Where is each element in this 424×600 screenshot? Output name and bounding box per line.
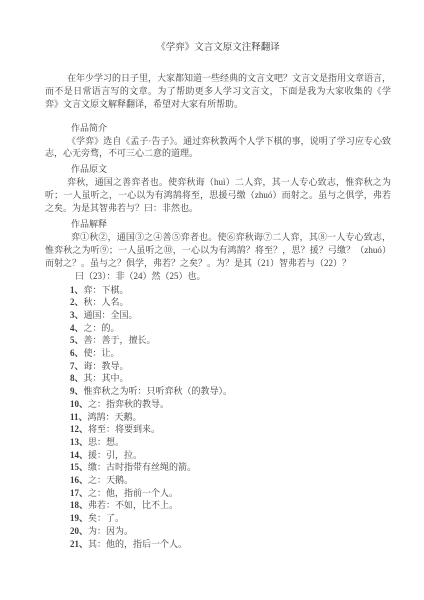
section-body-jianjie: 《学弈》选自《孟子·告子》。通过弈秋教两个人学下棋的事，说明了学习应专心致志，心…	[45, 135, 391, 161]
note-number: 19、	[70, 513, 88, 523]
note-item: 10、之：指弈秋的教导。	[70, 398, 391, 411]
note-text: 之：他，指前一个人。	[88, 488, 178, 498]
note-item: 7、诲：教导。	[70, 360, 391, 373]
note-text: 其：其中。	[84, 373, 129, 383]
note-number: 11、	[70, 412, 88, 422]
note-text: 其：他的，指后一个人。	[88, 539, 187, 549]
note-text: 思：想。	[88, 437, 124, 447]
note-item: 6、使：让。	[70, 347, 391, 360]
note-text: 弈：下棋。	[84, 285, 129, 295]
note-item: 14、援：引，拉。	[70, 449, 391, 462]
note-item: 19、矣：了。	[70, 512, 391, 525]
note-text: 弗若：不如，比不上。	[88, 500, 178, 510]
note-number: 18、	[70, 500, 88, 510]
section-heading-yuanwen: 作品原文	[45, 163, 391, 176]
note-text: 将至：将要到来。	[88, 424, 160, 434]
note-item: 18、弗若：不如，比不上。	[70, 499, 391, 512]
note-item: 2、秋：人名。	[70, 296, 391, 309]
section-heading-jianjie: 作品简介	[45, 122, 391, 135]
document-page: 《学弈》文言文原文注释翻译 在年少学习的日子里，大家都知道一些经典的文言文吧？文…	[0, 0, 424, 600]
note-number: 9、	[70, 386, 84, 396]
note-number: 8、	[70, 373, 84, 383]
note-item: 11、鸿鹄：天鹅。	[70, 411, 391, 424]
note-text: 之：的。	[84, 323, 120, 333]
note-text: 鸿鹄：天鹅。	[88, 412, 142, 422]
note-text: 之：天鹅。	[88, 475, 133, 485]
note-number: 12、	[70, 424, 88, 434]
note-text: 秋：人名。	[84, 297, 129, 307]
page-title: 《学弈》文言文原文注释翻译	[45, 42, 391, 55]
intro-paragraph: 在年少学习的日子里，大家都知道一些经典的文言文吧？文言文是指用文章语言，而不是日…	[45, 72, 391, 111]
annotated-text-tail: 曰（23）：非（24）然（25）也。	[45, 270, 391, 283]
note-text: 矣：了。	[88, 513, 124, 523]
section-body-yuanwen: 弈秋，通国之善弈者也。使弈秋诲（huì）二人弈，其一人专心致志，惟弈秋之为听；一…	[45, 176, 391, 215]
section-heading-jieshi: 作品解释	[45, 218, 391, 231]
note-number: 1、	[70, 285, 84, 295]
note-text: 惟弈秋之为听：只听弈秋（的教导）。	[84, 386, 233, 396]
note-item: 21、其：他的，指后一个人。	[70, 538, 391, 551]
note-number: 14、	[70, 450, 88, 460]
note-number: 10、	[70, 399, 88, 409]
note-item: 13、思：想。	[70, 436, 391, 449]
note-item: 20、为：因为。	[70, 525, 391, 538]
note-number: 3、	[70, 310, 84, 320]
annotated-text: 弈①秋②，通国③之④善⑤弈者也。使⑥弈秋诲⑦二人弈，其⑧一人专心致志，惟弈秋之为…	[45, 231, 391, 270]
note-text: 使：让。	[84, 348, 120, 358]
note-item: 9、惟弈秋之为听：只听弈秋（的教导）。	[70, 385, 391, 398]
note-number: 5、	[70, 335, 84, 345]
note-item: 15、缴：古时指带有丝绳的箭。	[70, 461, 391, 474]
note-number: 20、	[70, 526, 88, 536]
note-item: 5、善：善于，擅长。	[70, 334, 391, 347]
note-text: 缴：古时指带有丝绳的箭。	[88, 462, 196, 472]
note-item: 16、之：天鹅。	[70, 474, 391, 487]
note-item: 8、其：其中。	[70, 372, 391, 385]
note-item: 1、弈：下棋。	[70, 284, 391, 297]
note-number: 21、	[70, 539, 88, 549]
note-text: 诲：教导。	[84, 361, 129, 371]
note-text: 之：指弈秋的教导。	[88, 399, 169, 409]
note-number: 13、	[70, 437, 88, 447]
notes-list: 1、弈：下棋。2、秋：人名。3、通国：全国。4、之：的。5、善：善于，擅长。6、…	[45, 284, 391, 551]
note-number: 15、	[70, 462, 88, 472]
note-number: 6、	[70, 348, 84, 358]
note-text: 通国：全国。	[84, 310, 138, 320]
note-item: 3、通国：全国。	[70, 309, 391, 322]
note-item: 12、将至：将要到来。	[70, 423, 391, 436]
note-number: 16、	[70, 475, 88, 485]
note-text: 为：因为。	[88, 526, 133, 536]
note-number: 17、	[70, 488, 88, 498]
note-text: 援：引，拉。	[88, 450, 142, 460]
note-item: 4、之：的。	[70, 322, 391, 335]
note-item: 17、之：他，指前一个人。	[70, 487, 391, 500]
note-number: 4、	[70, 323, 84, 333]
note-text: 善：善于，擅长。	[84, 335, 156, 345]
note-number: 7、	[70, 361, 84, 371]
note-number: 2、	[70, 297, 84, 307]
